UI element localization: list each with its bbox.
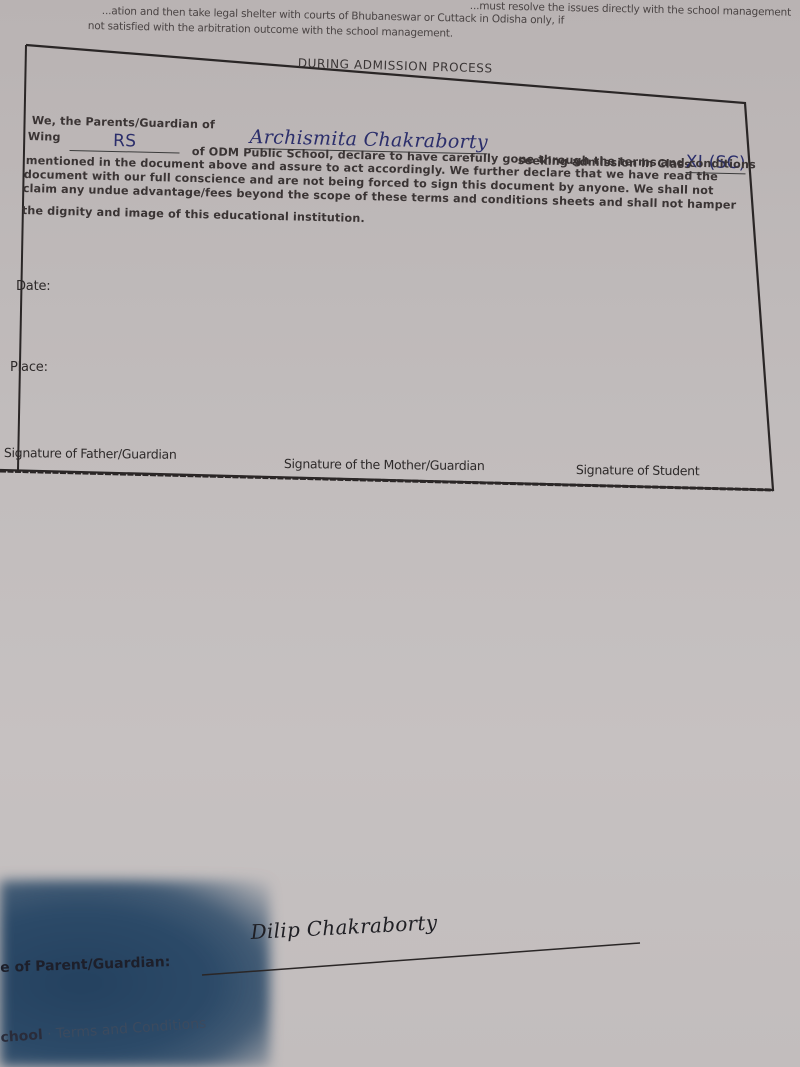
footer-school: chool (0, 1027, 43, 1046)
wing-label: Wing (28, 130, 61, 144)
document-photo: ...must resolve the issues directly with… (0, 0, 800, 1067)
signature-father-label: Signature of Father/Guardian (4, 445, 177, 462)
place-label: Place: (10, 360, 48, 375)
signature-student-label: Signature of Student (576, 462, 700, 478)
footer-separator: · (47, 1026, 53, 1042)
signature-mother-label: Signature of the Mother/Guardian (284, 456, 485, 473)
wing-field[interactable]: RS (70, 130, 180, 153)
date-label: Date: (16, 279, 50, 294)
declaration-box-border (0, 0, 800, 500)
